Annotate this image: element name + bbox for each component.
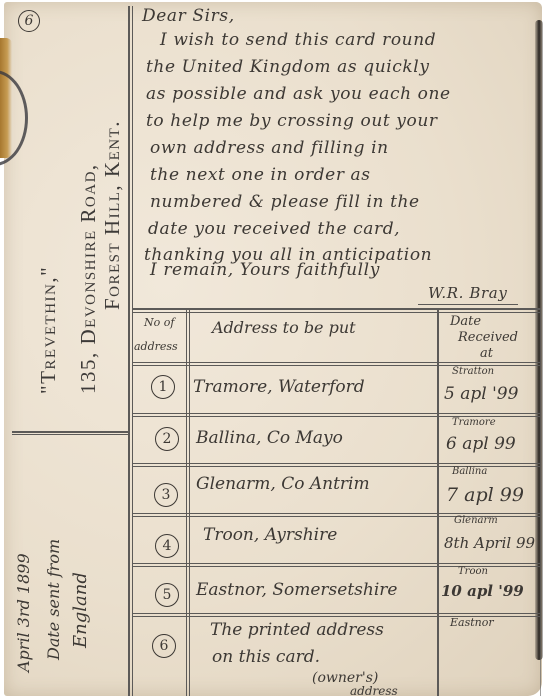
- row-number: 6: [152, 634, 176, 658]
- row-address: Glenarm, Co Antrim: [196, 474, 370, 494]
- header-number-line1: No of: [144, 316, 174, 329]
- letter-salutation: Dear Sirs,: [142, 6, 235, 26]
- sent-country: England: [70, 572, 91, 648]
- row-number: 5: [155, 583, 179, 607]
- row-received-at: Eastnor: [450, 616, 494, 629]
- printed-address-line2: 135, Devonshire Road,: [76, 163, 101, 394]
- table-top-rule-inner: [132, 312, 540, 313]
- letter-line: I wish to send this card round: [160, 30, 436, 50]
- vertical-divider: [128, 6, 130, 696]
- letter-line: own address and filling in: [150, 138, 389, 158]
- row-rule: [132, 413, 540, 414]
- table-right-rule: [540, 308, 541, 696]
- row-received-at: Stratton: [452, 366, 494, 377]
- row-number: 3: [154, 483, 178, 507]
- letter-line: numbered & please fill in the: [150, 192, 420, 212]
- letter-line: I remain, Yours faithfully: [150, 260, 380, 280]
- col-divider-1: [186, 308, 187, 696]
- address-box-bottom: [12, 431, 130, 433]
- row-address: Ballina, Co Mayo: [196, 428, 343, 448]
- col-divider-2: [437, 308, 439, 696]
- signature-underline: [418, 304, 518, 305]
- letter-line: date you received the card,: [148, 219, 400, 239]
- row-number: 1: [151, 375, 175, 399]
- header-date-line3: at: [480, 346, 493, 361]
- row-received-at: Troon: [458, 566, 488, 577]
- row-address: Troon, Ayrshire: [203, 525, 337, 545]
- corner-number: 6: [18, 10, 40, 32]
- vertical-divider-inner: [132, 6, 133, 696]
- row-rule: [132, 362, 540, 363]
- row-rule: [132, 563, 540, 564]
- row-address: Tramore, Waterford: [193, 377, 365, 397]
- header-date-line2: Received: [458, 330, 518, 345]
- signature: W.R. Bray: [428, 284, 507, 302]
- row-number: 4: [155, 534, 179, 558]
- row-date: 10 apl '99: [441, 582, 524, 600]
- header-date-line1: Date: [450, 314, 481, 329]
- row-date: 6 apl 99: [446, 434, 516, 454]
- row-rule: [132, 513, 540, 514]
- letter-line: to help me by crossing out your: [146, 111, 438, 131]
- row-received-at: Glenarm: [454, 515, 498, 526]
- row-received-at: Tramore: [452, 417, 496, 428]
- printed-address-line3: Forest Hill, Kent.: [100, 120, 125, 310]
- row-date: 8th April 99: [444, 534, 535, 552]
- row-number: 2: [155, 427, 179, 451]
- row-address-line2: on this card.: [212, 647, 320, 667]
- letter-line: the United Kingdom as quickly: [146, 57, 430, 77]
- row-date: 5 apl '99: [444, 384, 518, 404]
- row-address: Eastnor, Somersetshire: [196, 580, 397, 600]
- row-date: 7 apl 99: [446, 484, 524, 506]
- row-received-at: Ballina: [452, 466, 487, 477]
- address-box-bottom-inner: [12, 434, 130, 435]
- row-rule: [132, 463, 540, 464]
- table-top-rule: [132, 308, 540, 310]
- header-address: Address to be put: [212, 318, 356, 337]
- sent-note: Date sent from: [44, 539, 63, 660]
- row-address-line1: The printed address: [210, 620, 384, 640]
- row-rule: [132, 613, 540, 614]
- sent-date: April 3rd 1899: [14, 553, 33, 672]
- letter-line: as possible and ask you each one: [146, 84, 451, 104]
- letter-line: the next one in order as: [150, 165, 371, 185]
- printed-address-line1: "Trevethin,": [36, 266, 61, 394]
- header-number-line2: address: [134, 340, 178, 353]
- col-divider-1-inner: [189, 308, 190, 696]
- row-address-note2: address: [350, 684, 398, 698]
